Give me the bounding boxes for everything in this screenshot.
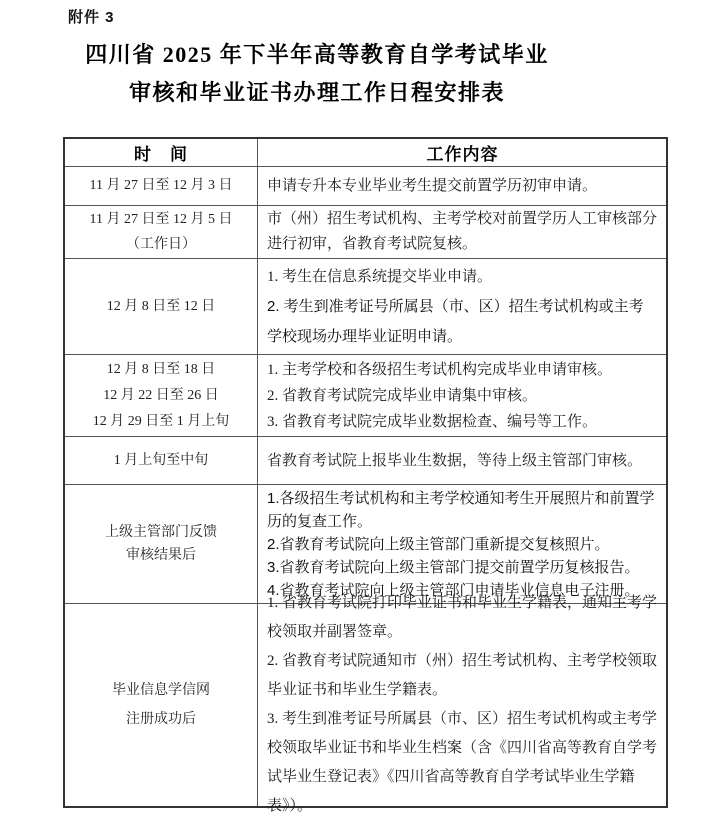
content-line: 1. 考生在信息系统提交毕业申请。 xyxy=(267,262,658,292)
time-text: 1 月上旬至中旬 xyxy=(114,448,209,474)
content-line: 1.各级招生考试机构和主考学校通知考生开展照片和前置学历的复查工作。 xyxy=(267,487,658,533)
header-content-cell: 工作内容 xyxy=(258,139,666,166)
content-cell: 1.各级招生考试机构和主考学校通知考生开展照片和前置学历的复查工作。 2.省教育… xyxy=(258,485,666,603)
time-text: 11 月 27 日至 12 月 5 日 xyxy=(90,207,233,232)
content-cell: 市（州）招生考试机构、主考学校对前置学历人工审核部分进行初审，省教育考试院复核。 xyxy=(258,206,666,258)
time-text: 毕业信息学信网 xyxy=(112,676,210,705)
content-cell: 省教育考试院上报毕业生数据，等待上级主管部门审核。 xyxy=(258,437,666,484)
header-time-cell: 时 间 xyxy=(65,139,258,166)
table-row: 1 月上旬至中旬 省教育考试院上报毕业生数据，等待上级主管部门审核。 xyxy=(65,436,666,484)
time-text: 12 月 29 日至 1 月上旬 xyxy=(93,409,230,435)
time-cell: 12 月 8 日至 12 日 xyxy=(65,259,258,354)
content-cell: 1. 省教育考试院打印毕业证书和毕业生学籍表，通知主考学校领取并副署签章。 2.… xyxy=(258,604,666,806)
table-row: 11 月 27 日至 12 月 5 日 （工作日） 市（州）招生考试机构、主考学… xyxy=(65,205,666,258)
content-line: 市（州）招生考试机构、主考学校对前置学历人工审核部分进行初审，省教育考试院复核。 xyxy=(267,207,658,257)
time-text: 12 月 8 日至 18 日 xyxy=(107,357,216,383)
table-row: 12 月 8 日至 18 日 12 月 22 日至 26 日 12 月 29 日… xyxy=(65,354,666,436)
content-line: 2.省教育考试院向上级主管部门重新提交复核照片。 xyxy=(267,533,658,556)
title-line-2: 审核和毕业证书办理工作日程安排表 xyxy=(0,74,634,112)
time-text: 注册成功后 xyxy=(126,705,196,734)
content-line: 3.省教育考试院向上级主管部门提交前置学历复核报告。 xyxy=(267,556,658,579)
header-content-label: 工作内容 xyxy=(427,140,499,165)
time-cell: 11 月 27 日至 12 月 5 日 （工作日） xyxy=(65,206,258,258)
table-header-row: 时 间 工作内容 xyxy=(65,139,666,166)
document-page: 附件 3 四川省 2025 年下半年高等教育自学考试毕业 审核和毕业证书办理工作… xyxy=(0,0,702,816)
time-text: 12 月 22 日至 26 日 xyxy=(103,383,219,409)
time-cell: 1 月上旬至中旬 xyxy=(65,437,258,484)
content-line: 2. 省教育考试院通知市（州）招生考试机构、主考学校领取毕业证书和毕业生学籍表。 xyxy=(267,647,658,705)
title-line-1: 四川省 2025 年下半年高等教育自学考试毕业 xyxy=(0,36,634,74)
content-line: 1. 省教育考试院打印毕业证书和毕业生学籍表，通知主考学校领取并副署签章。 xyxy=(267,589,658,647)
content-line: 省教育考试院上报毕业生数据，等待上级主管部门审核。 xyxy=(267,448,658,474)
content-line: 2. 考生到准考证号所属县（市、区）招生考试机构或主考学校现场办理毕业证明申请。 xyxy=(267,292,658,352)
content-line: 1. 主考学校和各级招生考试机构完成毕业申请审核。 xyxy=(267,357,658,383)
table-row: 上级主管部门反馈 审核结果后 1.各级招生考试机构和主考学校通知考生开展照片和前… xyxy=(65,484,666,603)
time-cell: 上级主管部门反馈 审核结果后 xyxy=(65,485,258,603)
content-line: 3. 考生到准考证号所属县（市、区）招生考试机构或主考学校领取毕业证书和毕业生档… xyxy=(267,705,658,816)
content-line: 2. 省教育考试院完成毕业申请集中审核。 xyxy=(267,383,658,409)
table-row: 11 月 27 日至 12 月 3 日 申请专升本专业毕业考生提交前置学历初审申… xyxy=(65,166,666,205)
content-cell: 1. 考生在信息系统提交毕业申请。 2. 考生到准考证号所属县（市、区）招生考试… xyxy=(258,259,666,354)
time-cell: 毕业信息学信网 注册成功后 xyxy=(65,604,258,806)
header-time-label: 时 间 xyxy=(134,140,188,165)
time-text: 审核结果后 xyxy=(126,544,196,567)
time-text: 11 月 27 日至 12 月 3 日 xyxy=(90,173,233,199)
content-cell: 1. 主考学校和各级招生考试机构完成毕业申请审核。 2. 省教育考试院完成毕业申… xyxy=(258,355,666,436)
time-text: （工作日） xyxy=(126,232,196,257)
content-line: 申请专升本专业毕业考生提交前置学历初审申请。 xyxy=(267,173,658,199)
table-row: 毕业信息学信网 注册成功后 1. 省教育考试院打印毕业证书和毕业生学籍表，通知主… xyxy=(65,603,666,806)
time-cell: 11 月 27 日至 12 月 3 日 xyxy=(65,167,258,205)
time-cell: 12 月 8 日至 18 日 12 月 22 日至 26 日 12 月 29 日… xyxy=(65,355,258,436)
time-text: 12 月 8 日至 12 日 xyxy=(107,292,216,322)
attachment-label: 附件 3 xyxy=(68,6,115,27)
content-cell: 申请专升本专业毕业考生提交前置学历初审申请。 xyxy=(258,167,666,205)
document-title: 四川省 2025 年下半年高等教育自学考试毕业 审核和毕业证书办理工作日程安排表 xyxy=(0,36,634,112)
table-row: 12 月 8 日至 12 日 1. 考生在信息系统提交毕业申请。 2. 考生到准… xyxy=(65,258,666,354)
schedule-table: 时 间 工作内容 11 月 27 日至 12 月 3 日 申请专升本专业毕业考生… xyxy=(63,137,668,808)
time-text: 上级主管部门反馈 xyxy=(105,521,217,544)
content-line: 3. 省教育考试院完成毕业数据检查、编号等工作。 xyxy=(267,409,658,435)
